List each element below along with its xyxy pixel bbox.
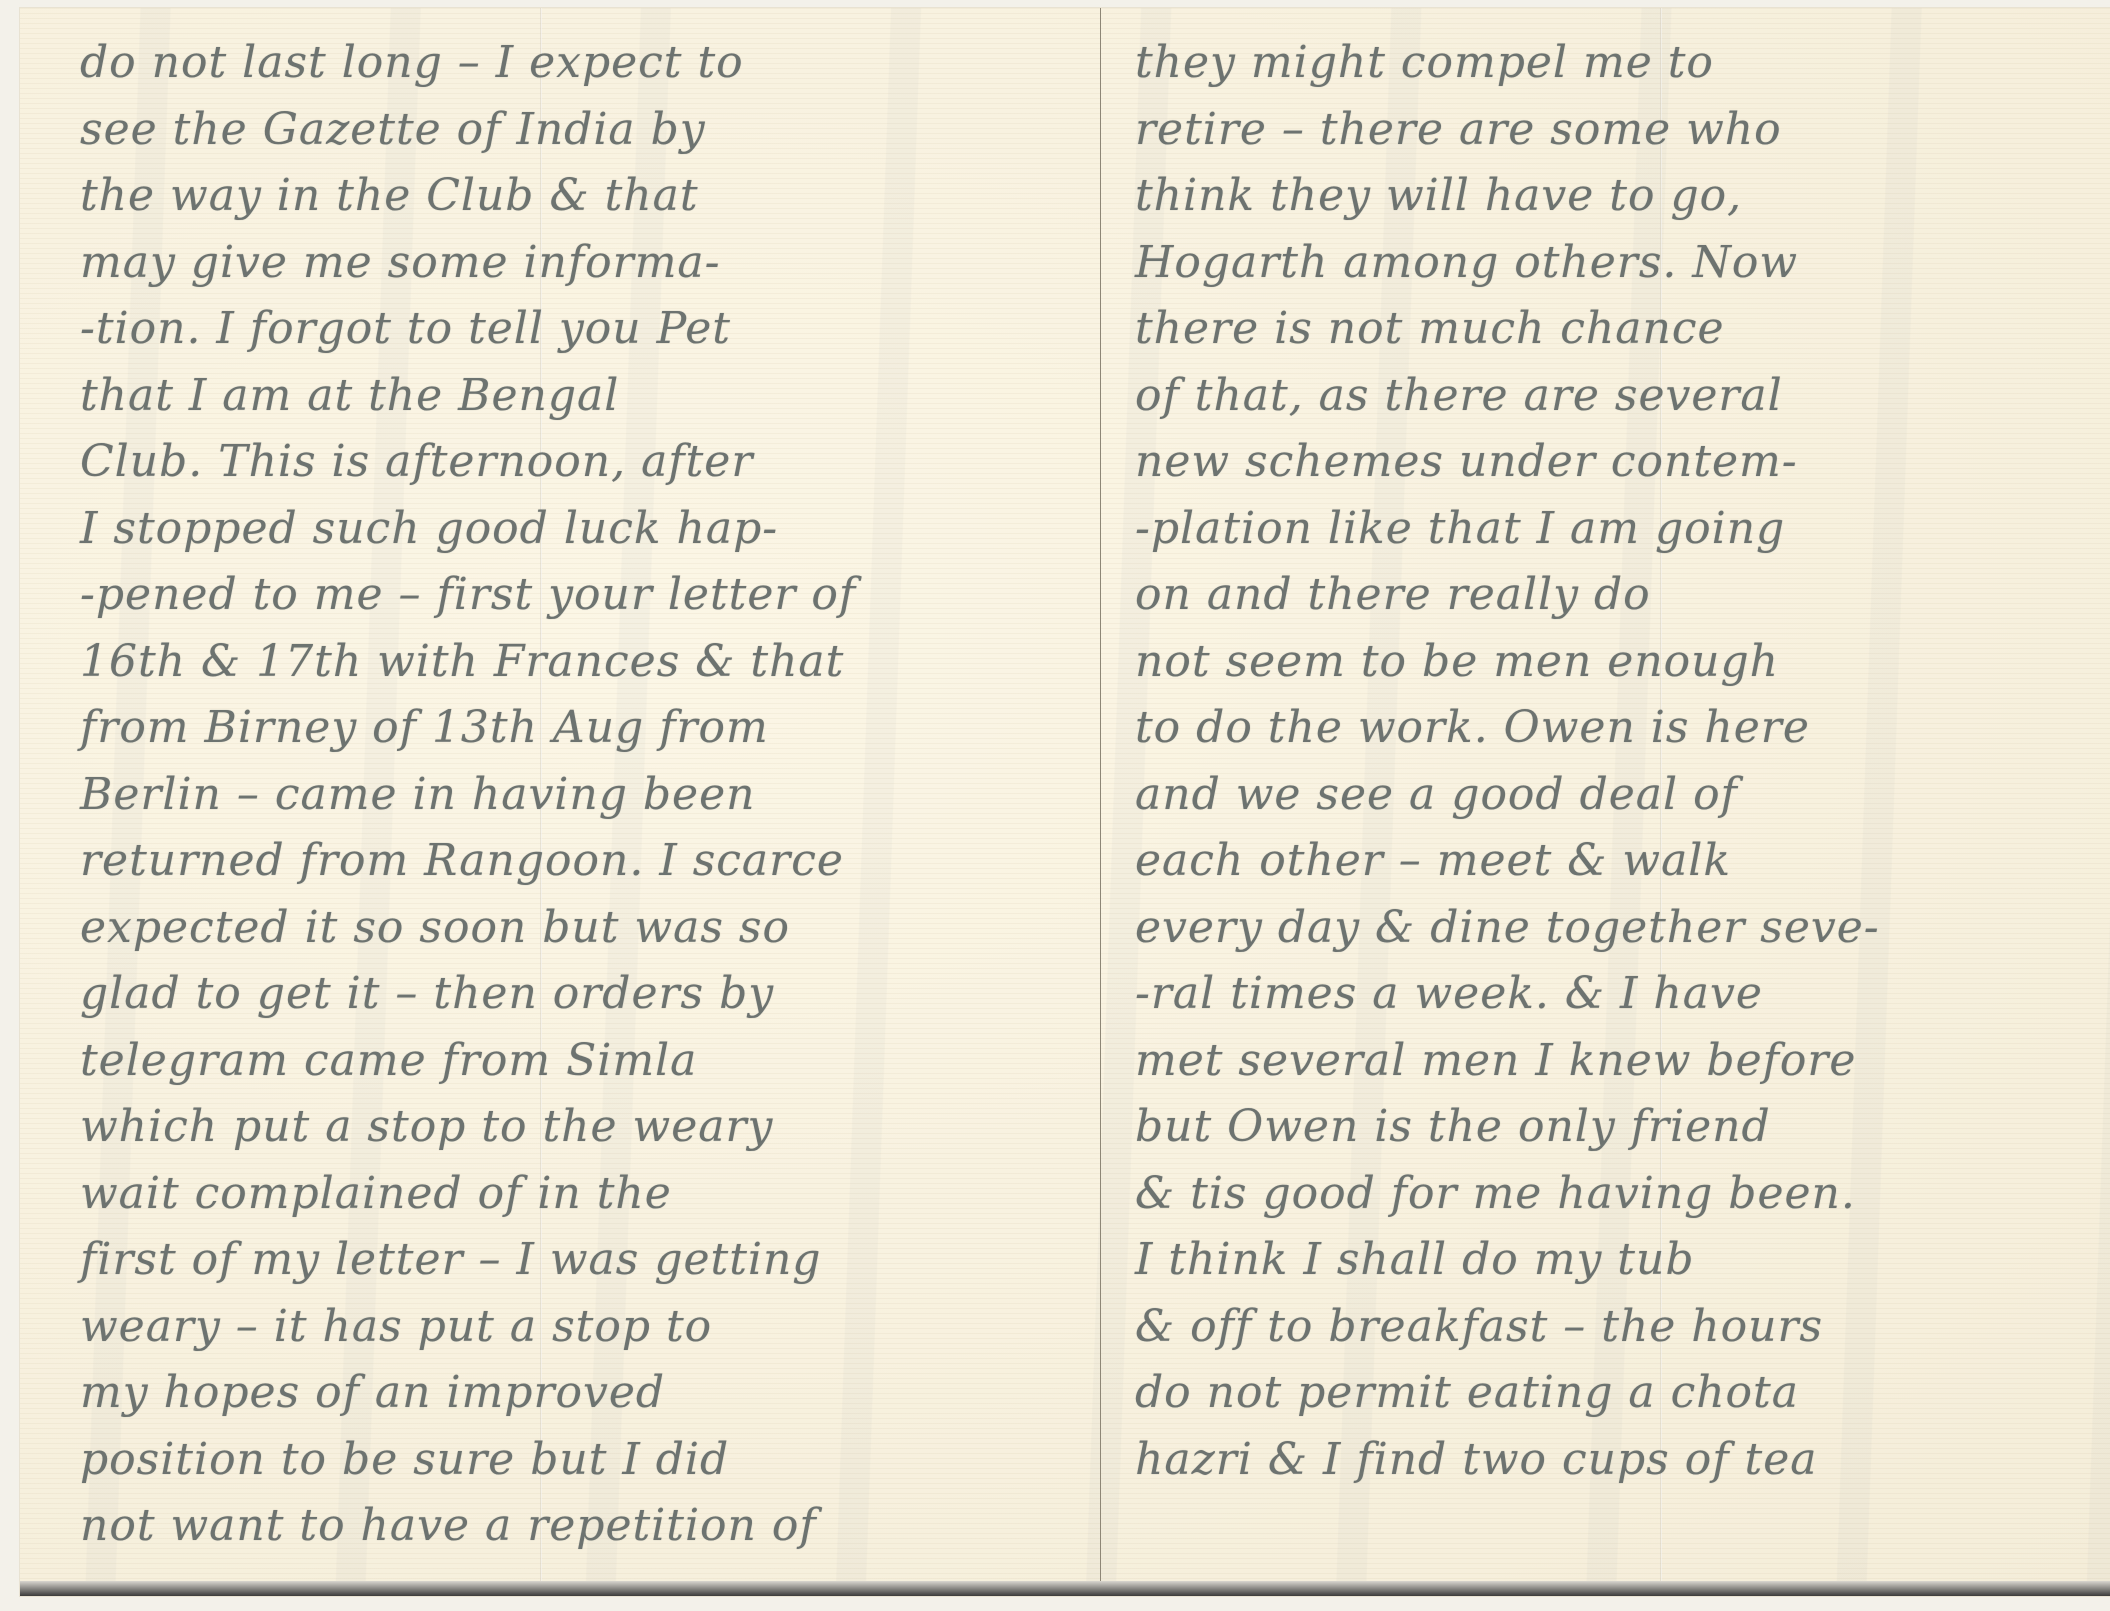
letter-line: wait complained of in the: [80, 1161, 1080, 1228]
letter-line: new schemes under contem-: [1135, 429, 2110, 496]
letter-line: & off to breakfast – the hours: [1135, 1294, 2110, 1361]
letter-line: may give me some informa-: [80, 230, 1080, 297]
letter-line: see the Gazette of India by: [80, 97, 1080, 164]
letter-line: first of my letter – I was getting: [80, 1227, 1080, 1294]
scan-bottom-edge: [20, 1581, 2110, 1596]
right-page: they might compel me to retire – there a…: [1135, 30, 2110, 1493]
letter-line: Club. This is afternoon, after: [80, 429, 1080, 496]
letter-line: met several men I knew before: [1135, 1028, 2110, 1095]
letter-line: returned from Rangoon. I scarce: [80, 828, 1080, 895]
letter-line: from Birney of 13th Aug from: [80, 695, 1080, 762]
letter-line: they might compel me to: [1135, 30, 2110, 97]
letter-line: glad to get it – then orders by: [80, 961, 1080, 1028]
letter-line: retire – there are some who: [1135, 97, 2110, 164]
letter-line: Berlin – came in having been: [80, 762, 1080, 829]
letter-line: -pened to me – first your letter of: [80, 562, 1080, 629]
letter-line: expected it so soon but was so: [80, 895, 1080, 962]
letter-line: -plation like that I am going: [1135, 496, 2110, 563]
letter-line: each other – meet & walk: [1135, 828, 2110, 895]
letter-line: the way in the Club & that: [80, 163, 1080, 230]
letter-line: and we see a good deal of: [1135, 762, 2110, 829]
letter-line: weary – it has put a stop to: [80, 1294, 1080, 1361]
letter-line: of that, as there are several: [1135, 363, 2110, 430]
letter-line: -tion. I forgot to tell you Pet: [80, 296, 1080, 363]
letter-line: to do the work. Owen is here: [1135, 695, 2110, 762]
letter-line: Hogarth among others. Now: [1135, 230, 2110, 297]
letter-line: do not permit eating a chota: [1135, 1360, 2110, 1427]
letter-line: every day & dine together seve-: [1135, 895, 2110, 962]
page-fold-divider: [1100, 8, 1101, 1581]
letter-line: hazri & I find two cups of tea: [1135, 1427, 2110, 1494]
letter-line: not seem to be men enough: [1135, 629, 2110, 696]
letter-line: -ral times a week. & I have: [1135, 961, 2110, 1028]
letter-line: position to be sure but I did: [80, 1427, 1080, 1494]
letter-line: & tis good for me having been.: [1135, 1161, 2110, 1228]
letter-line: think they will have to go,: [1135, 163, 2110, 230]
letter-line: there is not much chance: [1135, 296, 2110, 363]
letter-line: that I am at the Bengal: [80, 363, 1080, 430]
letter-line: but Owen is the only friend: [1135, 1094, 2110, 1161]
letter-line: 16th & 17th with Frances & that: [80, 629, 1080, 696]
letter-line: which put a stop to the weary: [80, 1094, 1080, 1161]
letter-line: I stopped such good luck hap-: [80, 496, 1080, 563]
letter-line: not want to have a repetition of: [80, 1493, 1080, 1560]
letter-line: my hopes of an improved: [80, 1360, 1080, 1427]
left-page: do not last long – I expect to see the G…: [80, 30, 1080, 1560]
letter-line: telegram came from Simla: [80, 1028, 1080, 1095]
letter-line: on and there really do: [1135, 562, 2110, 629]
letter-line: I think I shall do my tub: [1135, 1227, 2110, 1294]
letter-line: do not last long – I expect to: [80, 30, 1080, 97]
letter-sheet: do not last long – I expect to see the G…: [20, 8, 2110, 1596]
